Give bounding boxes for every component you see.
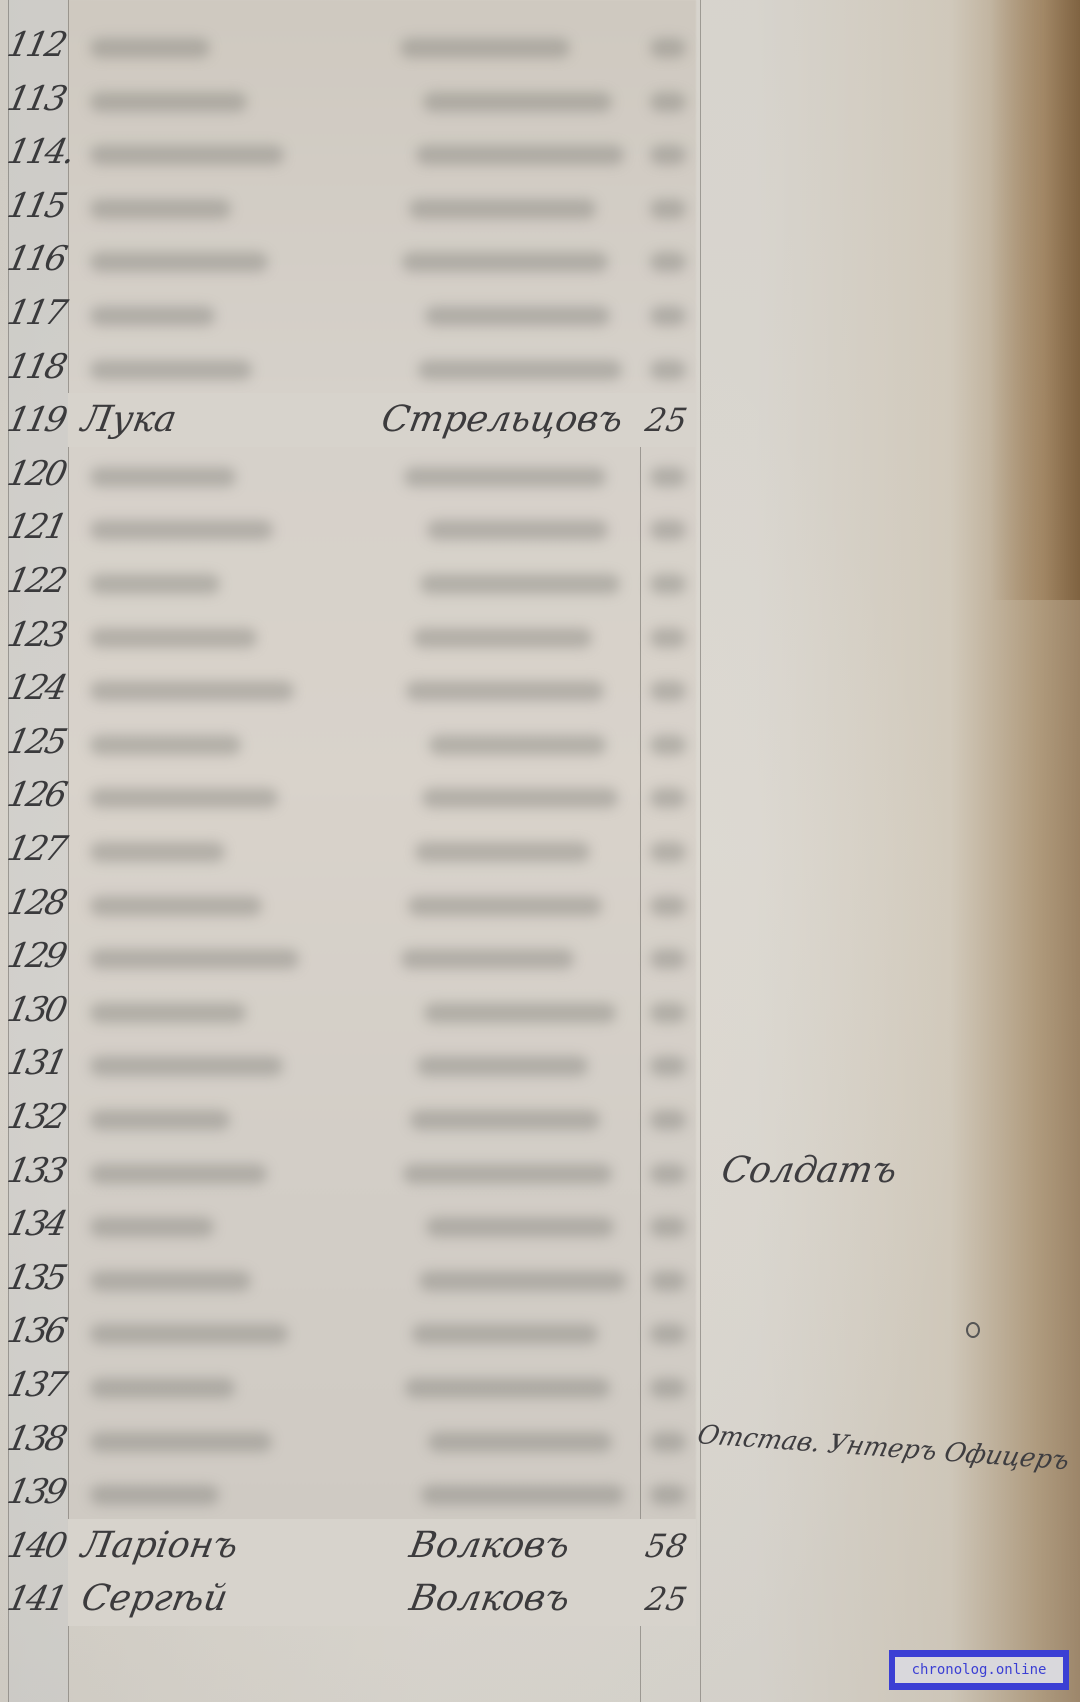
row-number: 114.: [2, 125, 73, 179]
row-number: 139: [2, 1465, 73, 1519]
redacted-name: [90, 842, 225, 862]
redacted-age: [650, 199, 686, 219]
row-number: 136: [2, 1304, 73, 1358]
register-row: 130: [0, 983, 700, 1037]
row-number: 118: [2, 340, 73, 394]
register-row: 138: [0, 1412, 700, 1466]
redacted-name: [90, 145, 284, 165]
register-row: 129: [0, 929, 700, 983]
redacted-name: [90, 92, 247, 112]
redacted-surname: [422, 788, 618, 808]
redacted-name: [90, 1110, 230, 1130]
redacted-name: [90, 520, 273, 540]
redacted-age: [650, 1271, 686, 1291]
row-number: 141: [2, 1572, 73, 1626]
register-row: 128: [0, 876, 700, 930]
redacted-name: [90, 1485, 219, 1505]
row-number: 119: [2, 393, 73, 447]
margin-note-retired-nco: Отстав. Унтеръ Офицеръ: [694, 1420, 1072, 1476]
register-row: 127: [0, 822, 700, 876]
row-number: 122: [2, 554, 73, 608]
redacted-name: [90, 788, 278, 808]
register-row: 141СергѣйВолковъ25: [0, 1572, 700, 1626]
row-number: 138: [2, 1412, 73, 1466]
redacted-age: [650, 92, 686, 112]
redacted-age: [650, 1003, 686, 1023]
redacted-surname: [409, 199, 596, 219]
redacted-age: [650, 735, 686, 755]
watermark-badge: chronolog.online: [889, 1650, 1069, 1690]
register-row: 120: [0, 447, 700, 501]
redacted-surname: [401, 949, 574, 969]
redacted-surname: [405, 1378, 610, 1398]
register-row: 114.: [0, 125, 700, 179]
redacted-name: [90, 1056, 283, 1076]
register-row: 115: [0, 179, 700, 233]
row-number: 123: [2, 608, 73, 662]
redacted-name: [90, 467, 236, 487]
redacted-name: [90, 360, 252, 380]
row-number: 117: [2, 286, 73, 340]
redacted-age: [650, 1432, 686, 1452]
redacted-age: [650, 788, 686, 808]
register-row: 124: [0, 661, 700, 715]
redacted-age: [650, 520, 686, 540]
row-number: 132: [2, 1090, 73, 1144]
row-number: 133: [2, 1144, 73, 1198]
row-number: 130: [2, 983, 73, 1037]
surname: Стрельцовъ: [377, 393, 627, 447]
redacted-surname: [400, 38, 570, 58]
watermark-text: chronolog.online: [895, 1657, 1063, 1683]
redacted-surname: [413, 628, 592, 648]
redacted-surname: [429, 735, 606, 755]
first-name: Ларіонъ: [77, 1519, 242, 1573]
register-row: 137: [0, 1358, 700, 1412]
redacted-surname: [427, 520, 608, 540]
scanned-register-page: 112113114.115116117118119ЛукаСтрельцовъ2…: [0, 0, 1080, 1702]
redacted-surname: [418, 360, 622, 380]
register-row: 132: [0, 1090, 700, 1144]
redacted-surname: [403, 1164, 612, 1184]
row-number: 113: [2, 72, 73, 126]
redacted-surname: [408, 896, 602, 916]
redacted-age: [650, 1056, 686, 1076]
redacted-surname: [423, 92, 612, 112]
surname: Волковъ: [405, 1572, 574, 1626]
redacted-name: [90, 681, 294, 701]
redacted-age: [650, 1217, 686, 1237]
redacted-surname: [402, 252, 608, 272]
redacted-name: [90, 574, 220, 594]
redacted-name: [90, 1003, 246, 1023]
redacted-age: [650, 842, 686, 862]
redacted-age: [650, 681, 686, 701]
register-row: 134: [0, 1197, 700, 1251]
redacted-age: [650, 628, 686, 648]
register-row: 118: [0, 340, 700, 394]
register-row: 116: [0, 232, 700, 286]
row-number: 140: [2, 1519, 73, 1573]
register-row: 133: [0, 1144, 700, 1198]
redacted-age: [650, 467, 686, 487]
register-row: 136: [0, 1304, 700, 1358]
ink-mark: [966, 1322, 980, 1338]
register-row: 131: [0, 1036, 700, 1090]
row-number: 135: [2, 1251, 73, 1305]
row-number: 126: [2, 768, 73, 822]
redacted-surname: [412, 1324, 598, 1344]
redacted-surname: [406, 681, 604, 701]
redacted-name: [90, 1432, 272, 1452]
redacted-surname: [424, 1003, 616, 1023]
surname: Волковъ: [405, 1519, 574, 1573]
row-number: 112: [2, 18, 73, 72]
redacted-age: [650, 1485, 686, 1505]
register-row: 135: [0, 1251, 700, 1305]
redacted-age: [650, 1110, 686, 1130]
book-binding-edge: [990, 0, 1080, 600]
redacted-surname: [417, 1056, 588, 1076]
row-number: 125: [2, 715, 73, 769]
row-number: 121: [2, 500, 73, 554]
redacted-age: [650, 38, 686, 58]
first-name: Лука: [77, 393, 180, 447]
register-row: 112: [0, 18, 700, 72]
redacted-surname: [421, 1485, 624, 1505]
register-row: 117: [0, 286, 700, 340]
redacted-name: [90, 306, 215, 326]
register-row: 125: [0, 715, 700, 769]
redacted-age: [650, 1324, 686, 1344]
row-number: 116: [2, 232, 73, 286]
row-number: 134: [2, 1197, 73, 1251]
row-number: 120: [2, 447, 73, 501]
redacted-surname: [425, 306, 610, 326]
first-name: Сергѣй: [77, 1572, 232, 1626]
redacted-name: [90, 735, 241, 755]
register-row: 119ЛукаСтрельцовъ25: [0, 393, 700, 447]
redacted-age: [650, 145, 686, 165]
row-number: 128: [2, 876, 73, 930]
redacted-name: [90, 1271, 251, 1291]
redacted-surname: [410, 1110, 600, 1130]
redacted-surname: [420, 574, 620, 594]
redacted-name: [90, 252, 268, 272]
redacted-name: [90, 1164, 267, 1184]
row-number: 127: [2, 822, 73, 876]
redacted-surname: [428, 1432, 612, 1452]
margin-note-soldier: Солдатъ: [718, 1150, 900, 1191]
redacted-age: [650, 252, 686, 272]
redacted-surname: [416, 145, 624, 165]
redacted-name: [90, 38, 210, 58]
register-row: 123: [0, 608, 700, 662]
register-row: 139: [0, 1465, 700, 1519]
row-number: 131: [2, 1036, 73, 1090]
redacted-age: [650, 360, 686, 380]
register-row: 140ЛаріонъВолковъ58: [0, 1519, 700, 1573]
redacted-age: [650, 1378, 686, 1398]
register-row: 121: [0, 500, 700, 554]
redacted-name: [90, 628, 257, 648]
redacted-surname: [419, 1271, 626, 1291]
redacted-name: [90, 896, 262, 916]
register-row: 113: [0, 72, 700, 126]
redacted-age: [650, 1164, 686, 1184]
row-number: 115: [2, 179, 73, 233]
register-row: 122: [0, 554, 700, 608]
redacted-name: [90, 1217, 214, 1237]
row-number: 124: [2, 661, 73, 715]
redacted-name: [90, 1378, 235, 1398]
redacted-age: [650, 949, 686, 969]
row-number: 129: [2, 929, 73, 983]
redacted-age: [650, 574, 686, 594]
redacted-age: [650, 896, 686, 916]
redacted-surname: [426, 1217, 614, 1237]
redacted-name: [90, 1324, 288, 1344]
redacted-name: [90, 949, 299, 969]
redacted-age: [650, 306, 686, 326]
redacted-surname: [415, 842, 590, 862]
register-row: 126: [0, 768, 700, 822]
redacted-name: [90, 199, 231, 219]
redacted-surname: [404, 467, 606, 487]
row-number: 137: [2, 1358, 73, 1412]
